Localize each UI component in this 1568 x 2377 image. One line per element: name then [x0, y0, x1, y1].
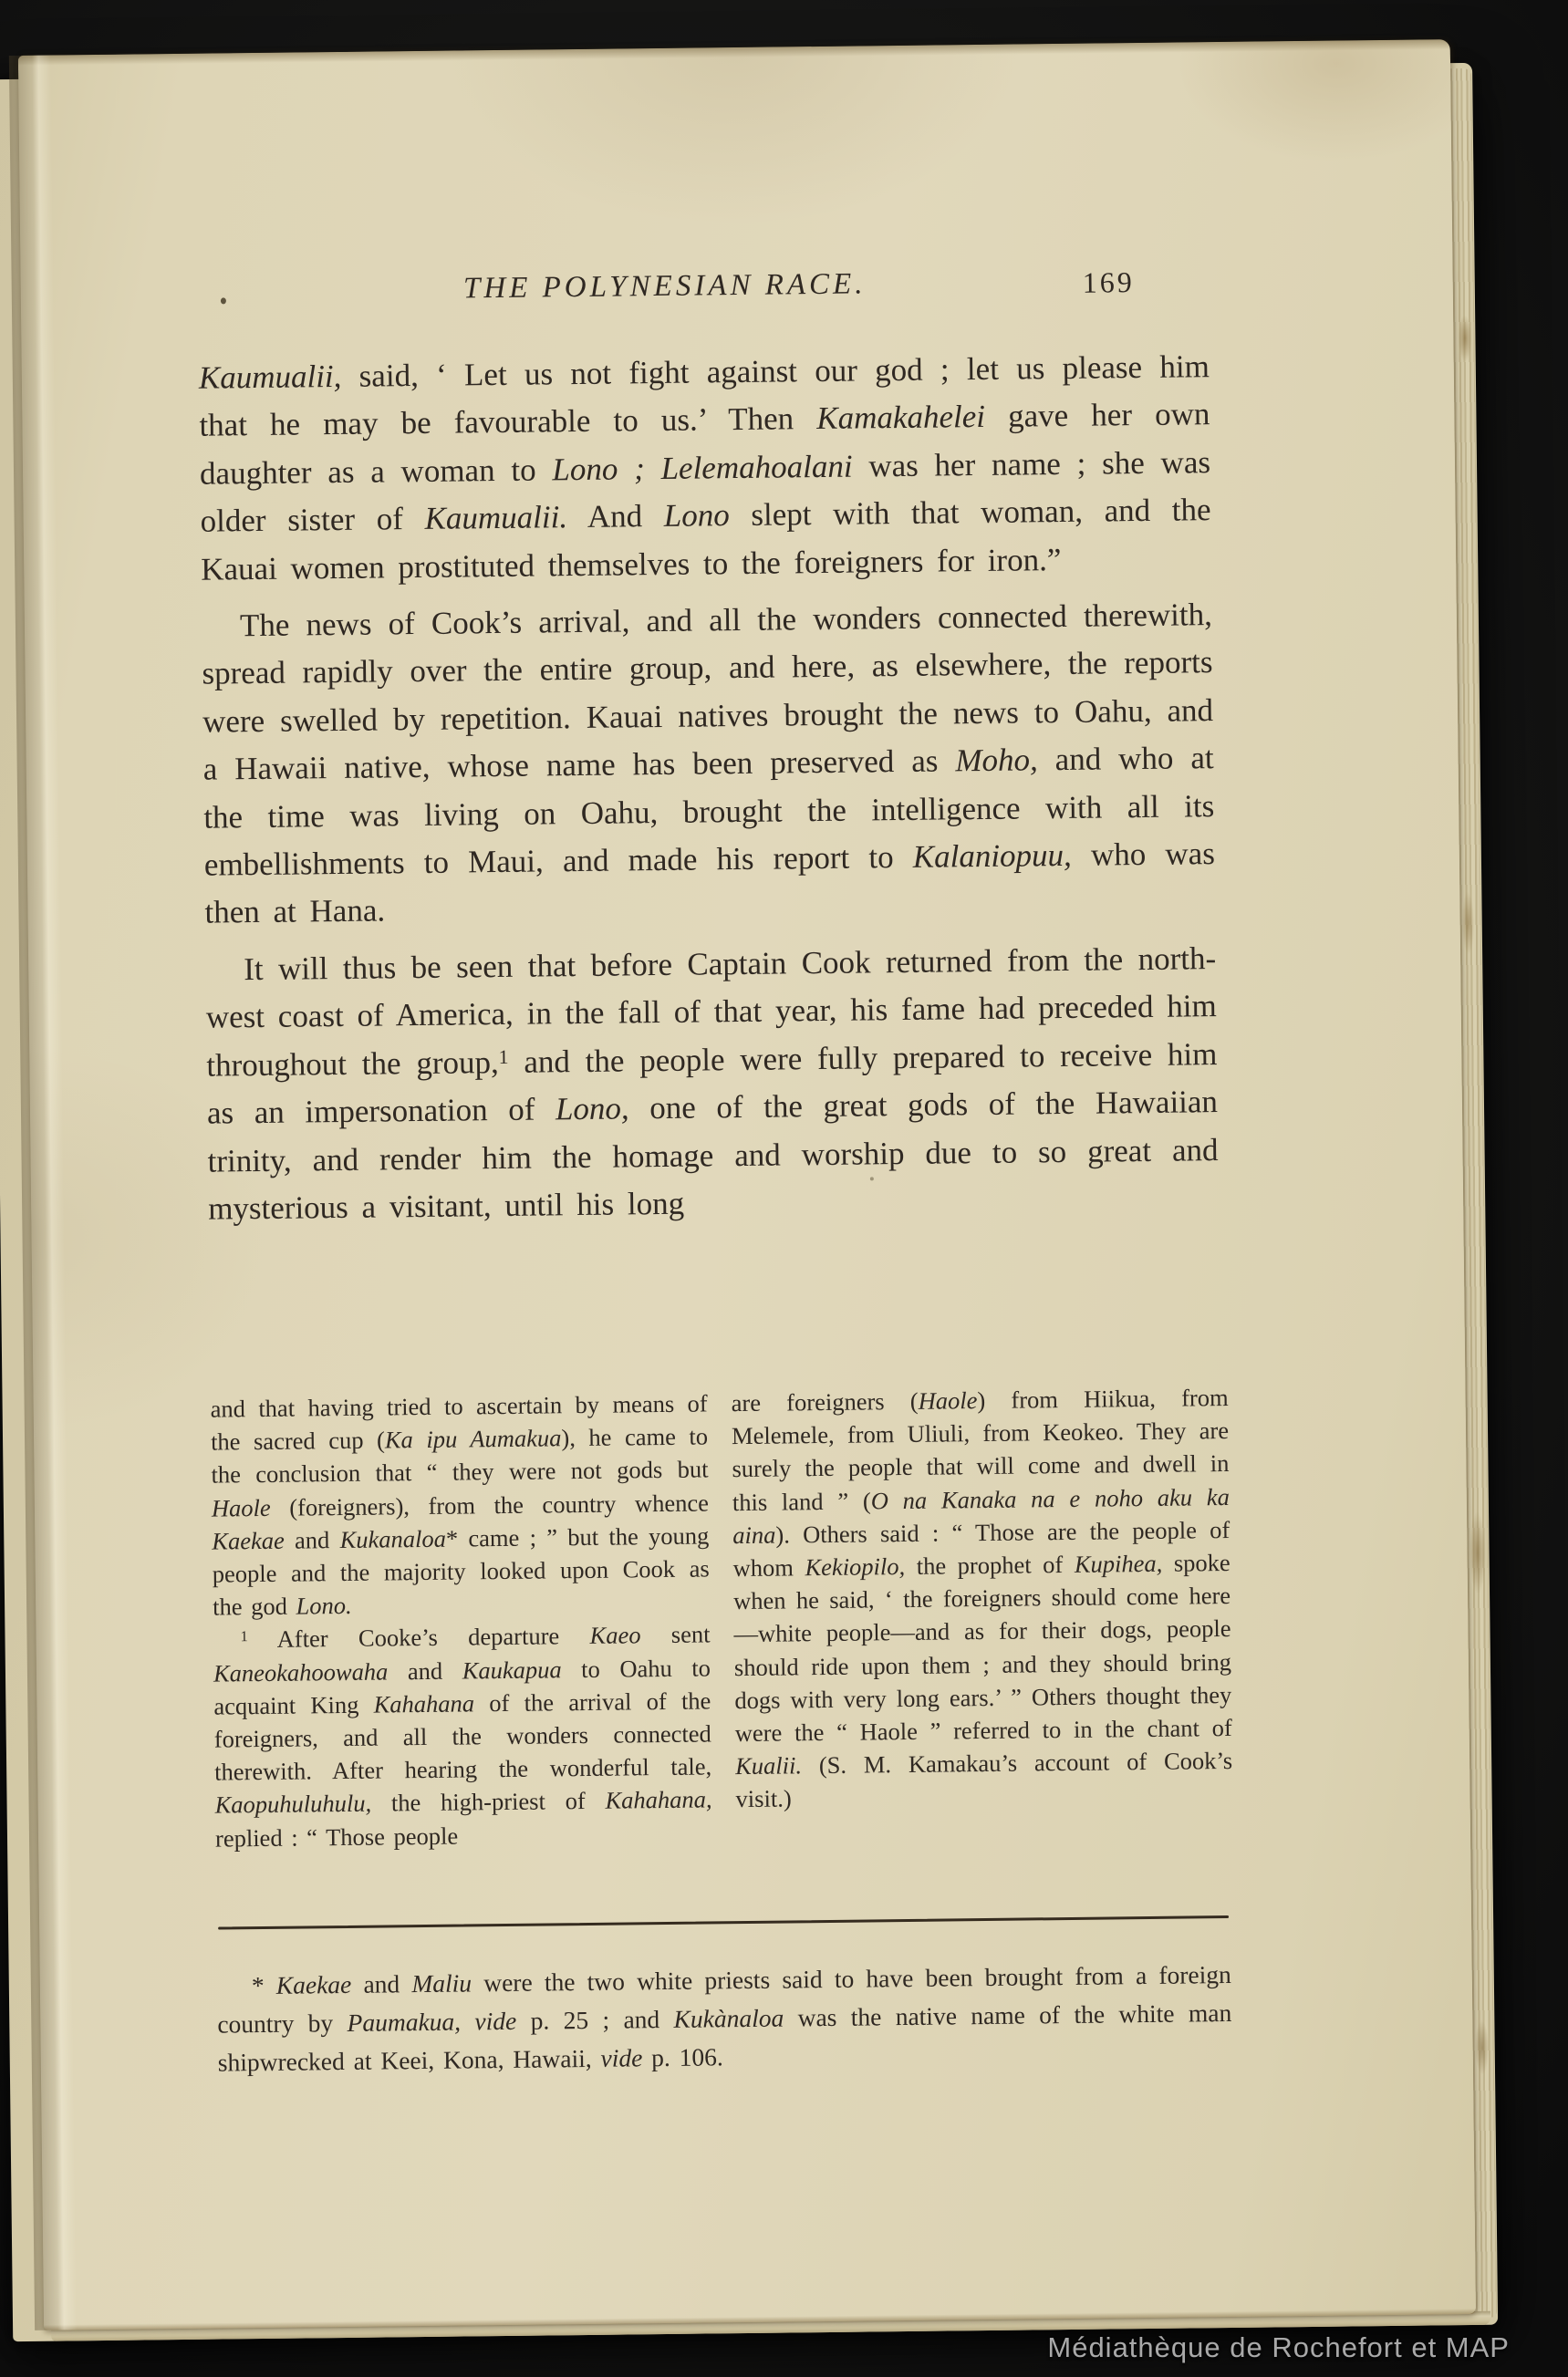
watermark: Médiathèque de Rochefort et MAP	[1047, 2331, 1510, 2364]
page-surface: THE POLYNESIAN RACE. 169 Kaumualii, said…	[18, 39, 1476, 2330]
footnote-column-2: are foreigners (Haole) from Hiikua, from…	[731, 1381, 1233, 1849]
footnotes: and that having tried to ascertain by me…	[210, 1381, 1233, 1854]
paragraph: and that having tried to ascertain by me…	[210, 1386, 710, 1624]
running-header: THE POLYNESIAN RACE. 169	[21, 261, 1453, 319]
paragraph: It will thus be seen that before Captain…	[205, 935, 1219, 1233]
main-text: Kaumualii, said, ‘ Let us not fight agai…	[199, 343, 1220, 1242]
paragraph: Kaumualii, said, ‘ Let us not fight agai…	[199, 343, 1212, 594]
book-page: THE POLYNESIAN RACE. 169 Kaumualii, said…	[0, 39, 1498, 2341]
bottom-footnote: * Kaekae and Maliu were the two white pr…	[217, 1956, 1232, 2082]
page-content: THE POLYNESIAN RACE. 169 Kaumualii, said…	[18, 39, 1476, 2330]
photo-backdrop: THE POLYNESIAN RACE. 169 Kaumualii, said…	[0, 0, 1568, 2377]
paragraph: The news of Cook’s arrival, and all the …	[202, 591, 1216, 937]
paragraph: are foreigners (Haole) from Hiikua, from…	[731, 1381, 1232, 1816]
page-number: 169	[1083, 265, 1135, 300]
footnote-divider-rule	[218, 1915, 1229, 1930]
paragraph: * Kaekae and Maliu were the two white pr…	[217, 1956, 1232, 2082]
page-title: THE POLYNESIAN RACE.	[163, 265, 1167, 309]
paragraph: 1 After Cooke’s departure Kaeo sent Kane…	[213, 1618, 712, 1855]
footnote-column-1: and that having tried to ascertain by me…	[210, 1386, 712, 1854]
